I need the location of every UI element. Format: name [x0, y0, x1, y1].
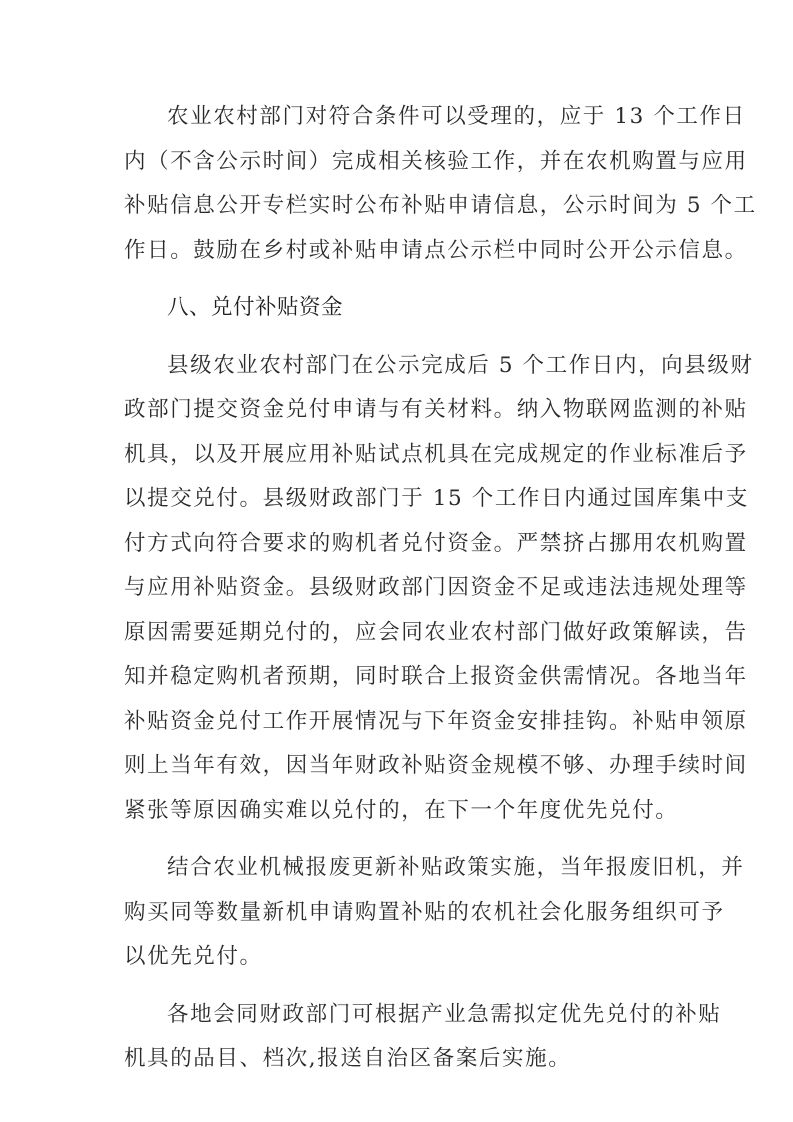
- text-line: 机具，以及开展应用补贴试点机具在完成规定的作业标准后予: [124, 433, 672, 478]
- text-line: 知并稳定购机者预期，同时联合上报资金供需情况。各地当年: [124, 655, 672, 700]
- text-line: 与应用补贴资金。县级财政部门因资金不足或违法违规处理等: [124, 566, 672, 611]
- paragraph-scrap-renewal-priority: 结合农业机械报废更新补贴政策实施，当年报废旧机，并 购买同等数量新机申请购置补贴…: [124, 846, 672, 980]
- text-line: 则上当年有效，因当年财政补贴资金规模不够、办理手续时间: [124, 744, 672, 789]
- text-line: 农业农村部门对符合条件可以受理的，应于 13 个工作日: [124, 95, 672, 140]
- text-line: 补贴信息公开专栏实时公布补贴申请信息，公示时间为 5 个工: [124, 184, 672, 229]
- text-line: 各地会同财政部门可根据产业急需拟定优先兑付的补贴: [124, 993, 672, 1038]
- text-line: 购买同等数量新机申请购置补贴的农机社会化服务组织可予: [124, 891, 672, 936]
- text-line: 机具的品目、档次,报送自治区备案后实施。: [124, 1037, 672, 1082]
- text-line: 原因需要延期兑付的，应会同农业农村部门做好政策解读，告: [124, 611, 672, 656]
- text-line: 以提交兑付。县级财政部门于 15 个工作日内通过国库集中支: [124, 477, 672, 522]
- paragraph-fund-payment: 县级农业农村部门在公示完成后 5 个工作日内，向县级财 政部门提交资金兑付申请与…: [124, 344, 672, 834]
- text-line: 内（不含公示时间）完成相关核验工作，并在农机购置与应用: [124, 140, 672, 185]
- text-line: 政部门提交资金兑付申请与有关材料。纳入物联网监测的补贴: [124, 388, 672, 433]
- text-line: 县级农业农村部门在公示完成后 5 个工作日内，向县级财: [124, 344, 672, 389]
- document-page: 农业农村部门对符合条件可以受理的，应于 13 个工作日 内（不含公示时间）完成相…: [124, 95, 672, 1095]
- text-line: 紧张等原因确实难以兑付的，在下一个年度优先兑付。: [124, 789, 672, 834]
- text-line: 付方式向符合要求的购机者兑付资金。严禁挤占挪用农机购置: [124, 522, 672, 567]
- paragraph-priority-catalog: 各地会同财政部门可根据产业急需拟定优先兑付的补贴 机具的品目、档次,报送自治区备…: [124, 993, 672, 1082]
- section-heading: 八、兑付补贴资金: [124, 286, 672, 331]
- text-line: 结合农业机械报废更新补贴政策实施，当年报废旧机，并: [124, 846, 672, 891]
- paragraph-review-period: 农业农村部门对符合条件可以受理的，应于 13 个工作日 内（不含公示时间）完成相…: [124, 95, 672, 273]
- text-line: 作日。鼓励在乡村或补贴申请点公示栏中同时公开公示信息。: [124, 229, 672, 274]
- text-line: 以优先兑付。: [124, 935, 672, 980]
- text-line: 补贴资金兑付工作开展情况与下年资金安排挂钩。补贴申领原: [124, 700, 672, 745]
